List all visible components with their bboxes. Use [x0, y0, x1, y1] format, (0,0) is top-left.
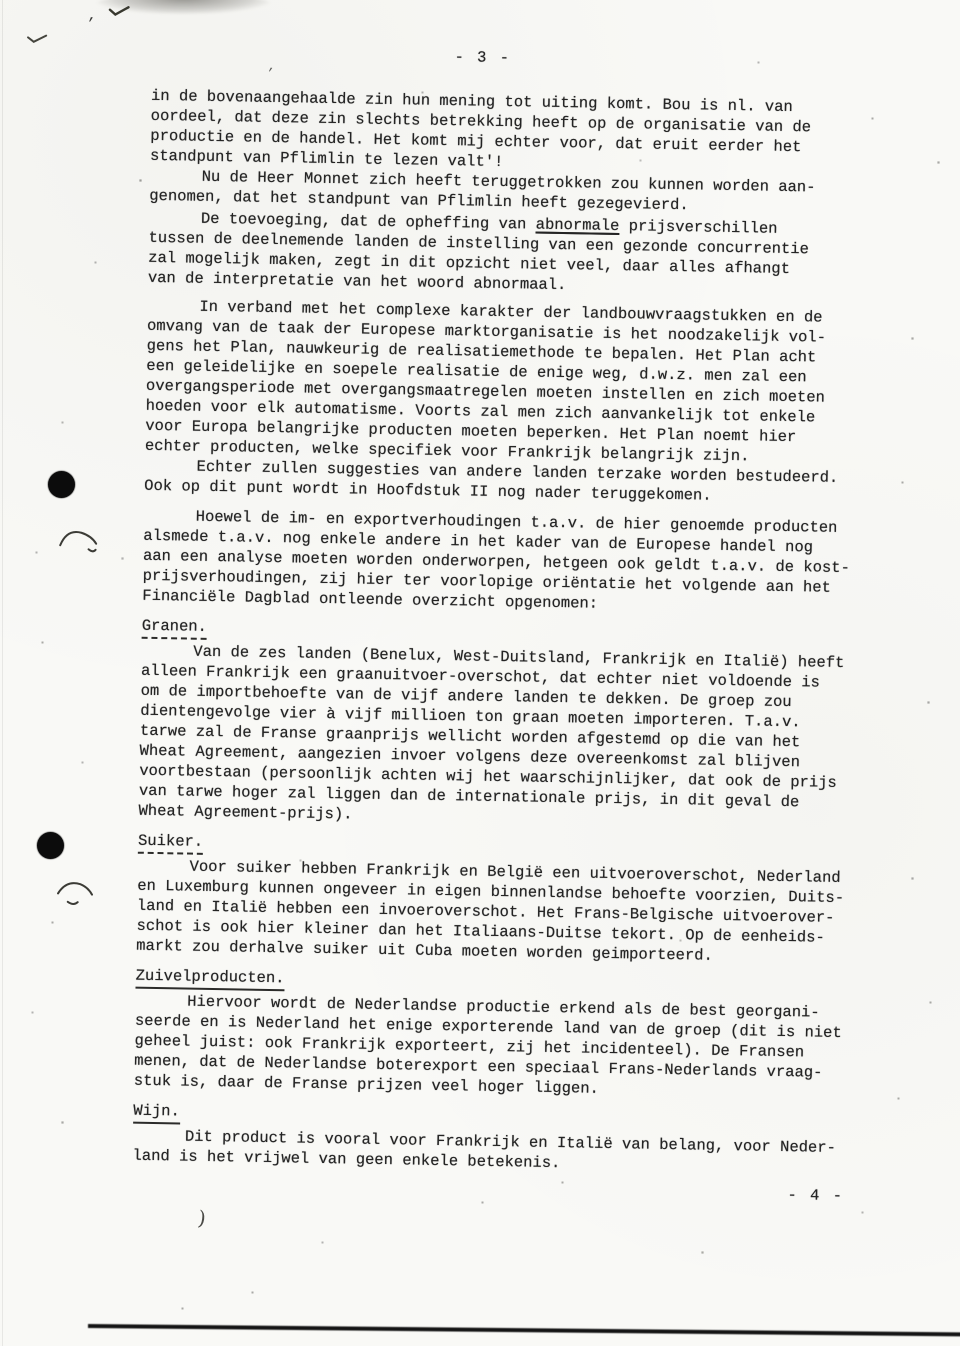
- paragraph-toevoeging: De toevoeging, dat de opheffing van abno…: [148, 208, 875, 301]
- page-number-header: - 3 -: [120, 41, 846, 74]
- heading-text: Wijn.: [133, 1101, 180, 1125]
- heading-text: Suiker.: [138, 831, 204, 855]
- section-body-suiker: Voor suiker hebben Frankrijk en België e…: [136, 856, 864, 969]
- paragraph-in-verband: In verband met het complexe karakter der…: [145, 296, 874, 469]
- stray-apostrophe-mark: ’: [85, 16, 96, 34]
- punch-hole-mark: [48, 471, 75, 498]
- next-page-number: - 4 -: [132, 1174, 858, 1207]
- scan-noise-speckles: [0, 0, 1, 1]
- handwritten-check-mark: [107, 1, 131, 20]
- heading-text: Granen.: [142, 616, 208, 640]
- scanned-document-page: ’ ’ ) - 3 - in de bovenaangehaalde zin h…: [0, 0, 960, 1346]
- stray-paren-mark: ): [196, 1206, 207, 1231]
- typewritten-text-block: - 3 - in de bovenaangehaalde zin hun men…: [132, 42, 878, 1206]
- page-bottom-edge: [88, 1324, 960, 1336]
- punch-hole-mark: [37, 832, 64, 859]
- paragraph-hoewel: Hoewel de im- en exportverhoudingen t.a.…: [142, 506, 870, 619]
- section-body-granen: Van de zes landen (Benelux, West-Duitsla…: [138, 641, 867, 834]
- scan-edge-line: [2, 0, 3, 1346]
- heading-text: Zuivelproducten.: [135, 966, 284, 992]
- section-body-zuivelproducten: Hiervoor wordt de Nederlandse productie …: [134, 991, 862, 1104]
- handwritten-squiggle-mark: [53, 522, 103, 561]
- underlined-word-abnormale: abnormale: [536, 216, 620, 235]
- handwritten-check-mark: [25, 29, 48, 46]
- paragraph-intro: in de bovenaangehaalde zin hun mening to…: [150, 86, 877, 179]
- handwritten-squiggle-mark: [49, 875, 98, 913]
